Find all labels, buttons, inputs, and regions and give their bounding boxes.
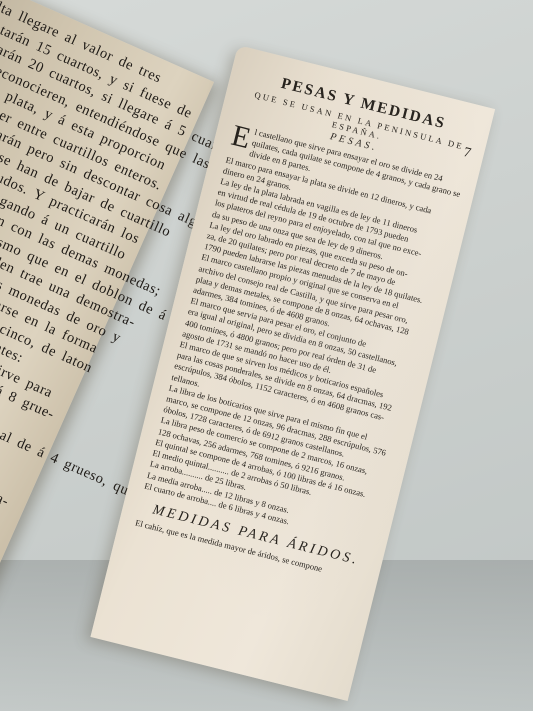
drop-cap: E: [229, 123, 253, 153]
photo-scene: la falta llegare al valor de tres descon…: [0, 0, 533, 711]
body-text: E l castellano que sirve para ensayar el…: [143, 122, 468, 550]
